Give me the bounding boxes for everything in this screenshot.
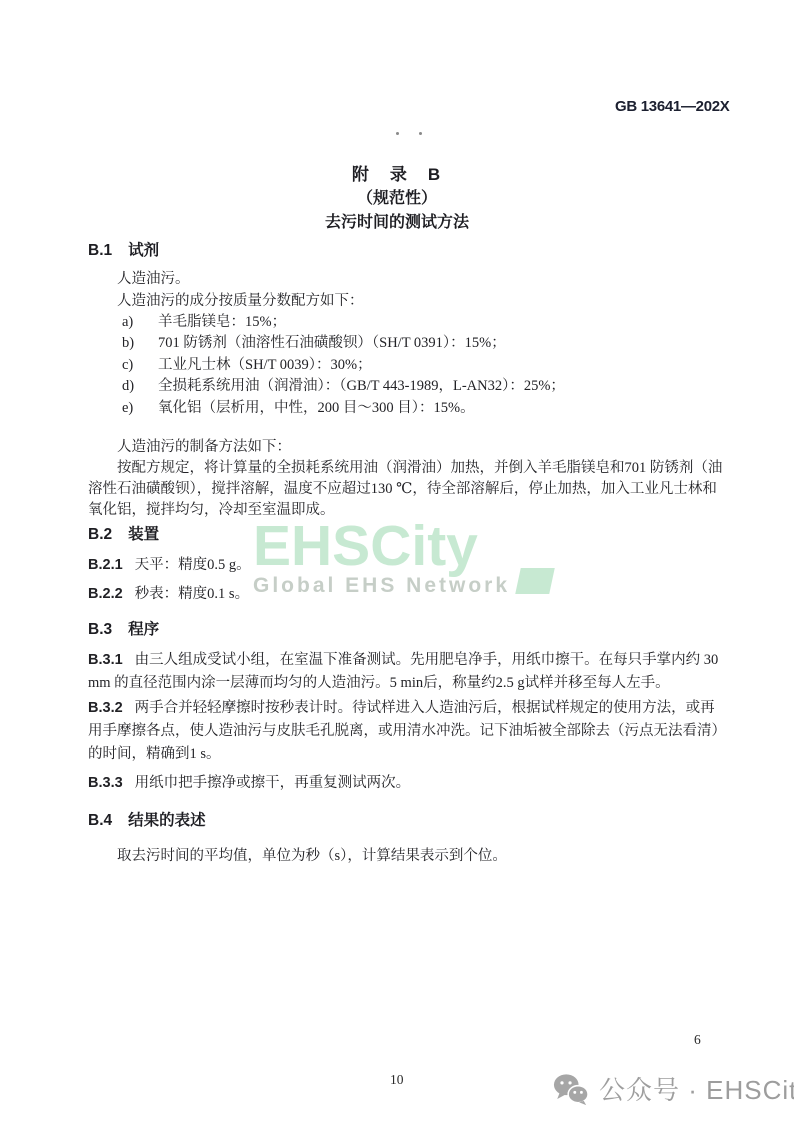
section-heading-b1: B.1试剂: [88, 240, 728, 262]
list-item: a)羊毛脂镁皂：15%；: [88, 312, 728, 333]
appendix-title-block: 附 录 B （规范性） 去污时间的测试方法: [0, 164, 794, 234]
section-number: B.3: [88, 621, 112, 638]
list-item: e)氧化铝（层析用，中性，200 目～300 目）：15%。: [88, 398, 728, 419]
clause-number: B.3.2: [88, 700, 123, 716]
section-heading-b3: B.3程序: [88, 619, 728, 641]
paragraph-b1-reagent: 人造油污。: [88, 268, 728, 290]
list-item-label: a): [122, 312, 158, 333]
list-item-text: 工业凡士林（SH/T 0039）：30%；: [158, 357, 372, 373]
paragraph-b1-preparation-intro: 人造油污的制备方法如下：: [88, 436, 728, 458]
page-number-center: 10: [390, 1072, 404, 1088]
page-number-right: 6: [694, 1032, 701, 1048]
clause-text: 天平：精度0.5 g。: [135, 557, 251, 573]
clause-number: B.3.3: [88, 775, 123, 791]
list-item-label: c): [122, 355, 158, 376]
list-item-label: e): [122, 398, 158, 419]
list-item-text: 羊毛脂镁皂：15%；: [158, 314, 286, 330]
list-item: d)全损耗系统用油（润滑油）：（GB/T 443-1989，L-AN32）：25…: [88, 376, 728, 397]
clause-b32: B.3.2两手合并轻轻摩擦时按秒表计时。待试样进入人造油污后，根据试样规定的使用…: [88, 697, 728, 766]
list-item-text: 701 防锈剂（油溶性石油磺酸钡）（SH/T 0391）：15%；: [158, 335, 506, 351]
clause-number: B.2.1: [88, 557, 123, 573]
clause-text: 由三人组成受试小组，在室温下准备测试。先用肥皂净手，用纸巾擦干。在每只手掌内约 …: [88, 652, 718, 691]
document-page: GB 13641—202X 附 录 B （规范性） 去污时间的测试方法 EHSC…: [0, 0, 794, 1123]
wechat-footer: 公众号 · EHSCity: [553, 1070, 794, 1107]
clause-text: 两手合并轻轻摩擦时按秒表计时。待试样进入人造油污后，根据试样规定的使用方法，或再…: [88, 700, 726, 762]
section-title: 结果的表述: [128, 812, 206, 829]
paragraph-b4-result: 取去污时间的平均值，单位为秒（s），计算结果表示到个位。: [88, 845, 728, 867]
section-title: 装置: [128, 526, 159, 543]
document-body: B.1试剂 人造油污。 人造油污的成分按质量分数配方如下： a)羊毛脂镁皂：15…: [88, 240, 728, 867]
list-item: b)701 防锈剂（油溶性石油磺酸钡）（SH/T 0391）：15%；: [88, 333, 728, 354]
clause-b31: B.3.1由三人组成受试小组，在室温下准备测试。先用肥皂净手，用纸巾擦干。在每只…: [88, 649, 728, 695]
clause-b22: B.2.2秒表：精度0.1 s。: [88, 583, 728, 606]
section-heading-b4: B.4结果的表述: [88, 810, 728, 832]
wechat-account-label: 公众号 · EHSCity: [599, 1070, 794, 1107]
standard-code: GB 13641—202X: [615, 98, 745, 115]
section-heading-b2: B.2装置: [88, 524, 728, 546]
scan-artifact-dots: [396, 122, 442, 140]
composition-list: a)羊毛脂镁皂：15%； b)701 防锈剂（油溶性石油磺酸钡）（SH/T 03…: [88, 312, 728, 419]
section-title: 程序: [128, 621, 159, 638]
appendix-title: 附 录 B: [0, 164, 794, 186]
paragraph-b1-composition-intro: 人造油污的成分按质量分数配方如下：: [88, 290, 728, 312]
clause-b33: B.3.3用纸巾把手擦净或擦干，再重复测试两次。: [88, 772, 728, 795]
clause-number: B.2.2: [88, 586, 123, 602]
section-number: B.4: [88, 812, 112, 829]
list-item-label: b): [122, 333, 158, 354]
wechat-icon: [553, 1072, 589, 1106]
section-number: B.1: [88, 242, 112, 259]
appendix-normative-label: （规范性）: [0, 188, 794, 210]
appendix-subtitle: 去污时间的测试方法: [0, 212, 794, 234]
list-item-text: 全损耗系统用油（润滑油）：（GB/T 443-1989，L-AN32）：25%；: [158, 378, 565, 394]
clause-number: B.3.1: [88, 652, 123, 668]
list-item-text: 氧化铝（层析用，中性，200 目～300 目）：15%。: [158, 400, 475, 416]
list-item: c)工业凡士林（SH/T 0039）：30%；: [88, 355, 728, 376]
paragraph-b1-preparation: 按配方规定，将计算量的全损耗系统用油（润滑油）加热，并倒入羊毛脂镁皂和701 防…: [88, 458, 728, 521]
clause-text: 秒表：精度0.1 s。: [135, 586, 249, 602]
clause-b21: B.2.1天平：精度0.5 g。: [88, 554, 728, 577]
list-item-label: d): [122, 376, 158, 397]
section-title: 试剂: [128, 242, 159, 259]
clause-text: 用纸巾把手擦净或擦干，再重复测试两次。: [135, 775, 411, 791]
section-number: B.2: [88, 526, 112, 543]
